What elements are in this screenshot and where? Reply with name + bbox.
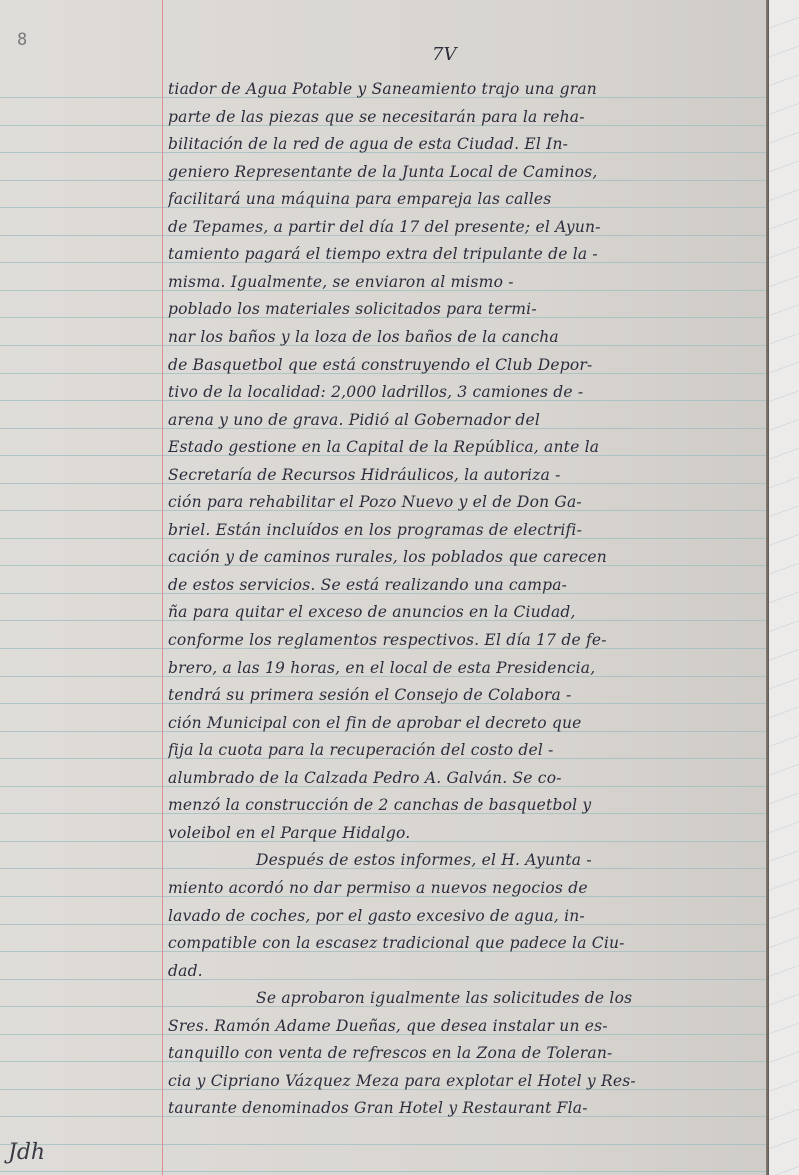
page-stamp-number: 8 [17,30,27,50]
handwritten-line: cia y Cipriano Vázquez Meza para explota… [168,1069,766,1093]
handwritten-line: Estado gestione en la Capital de la Repú… [168,435,766,459]
ruled-line [0,1171,768,1172]
handwritten-line: geniero Representante de la Junta Local … [168,160,766,184]
ledger-page: 8 7V tiador de Agua Potable y Saneamient… [0,0,768,1175]
handwritten-line: alumbrado de la Calzada Pedro A. Galván.… [168,766,766,790]
handwritten-line: arena y uno de grava. Pidió al Gobernado… [168,408,766,432]
handwritten-line: brero, a las 19 horas, en el local de es… [168,656,766,680]
handwritten-line: ción Municipal con el fin de aprobar el … [168,711,766,735]
underlying-page [769,0,799,1175]
handwritten-line: Se aprobaron igualmente las solicitudes … [168,986,766,1010]
handwritten-line: tendrá su primera sesión el Consejo de C… [168,683,766,707]
handwritten-line: tiador de Agua Potable y Saneamiento tra… [168,77,766,101]
handwritten-line: bilitación de la red de agua de esta Ciu… [168,132,766,156]
handwritten-line: parte de las piezas que se necesitarán p… [168,105,766,129]
handwritten-line: tamiento pagará el tiempo extra del trip… [168,242,766,266]
handwritten-line: taurante denominados Gran Hotel y Restau… [168,1096,766,1120]
folio-number: 7V [432,44,456,65]
handwritten-line: conforme los reglamentos respectivos. El… [168,628,766,652]
handwritten-line: poblado los materiales solicitados para … [168,297,766,321]
margin-initials: Jdh [8,1140,45,1165]
handwritten-line: ña para quitar el exceso de anuncios en … [168,600,766,624]
handwritten-line: compatible con la escasez tradicional qu… [168,931,766,955]
handwritten-line: dad. [168,959,766,983]
handwritten-line: Después de estos informes, el H. Ayunta … [168,848,766,872]
handwritten-line: ción para rehabilitar el Pozo Nuevo y el… [168,490,766,514]
handwritten-line: de estos servicios. Se está realizando u… [168,573,766,597]
handwritten-line: tivo de la localidad: 2,000 ladrillos, 3… [168,380,766,404]
handwritten-line: de Tepames, a partir del día 17 del pres… [168,215,766,239]
handwritten-line: cación y de caminos rurales, los poblado… [168,545,766,569]
handwritten-line: fija la cuota para la recuperación del c… [168,738,766,762]
red-margin-line [162,0,163,1175]
handwritten-line: tanquillo con venta de refrescos en la Z… [168,1041,766,1065]
handwritten-line: briel. Están incluídos en los programas … [168,518,766,542]
handwritten-line: de Basquetbol que está construyendo el C… [168,353,766,377]
handwritten-line: miento acordó no dar permiso a nuevos ne… [168,876,766,900]
handwritten-line: Sres. Ramón Adame Dueñas, que desea inst… [168,1014,766,1038]
ruled-line [0,1144,768,1145]
handwritten-line: Secretaría de Recursos Hidráulicos, la a… [168,463,766,487]
handwritten-line: menzó la construcción de 2 canchas de ba… [168,793,766,817]
handwritten-line: nar los baños y la loza de los baños de … [168,325,766,349]
handwritten-line: misma. Igualmente, se enviaron al mismo … [168,270,766,294]
handwritten-line: lavado de coches, por el gasto excesivo … [168,904,766,928]
handwritten-line: voleibol en el Parque Hidalgo. [168,821,766,845]
handwritten-line: facilitará una máquina para empareja las… [168,187,766,211]
